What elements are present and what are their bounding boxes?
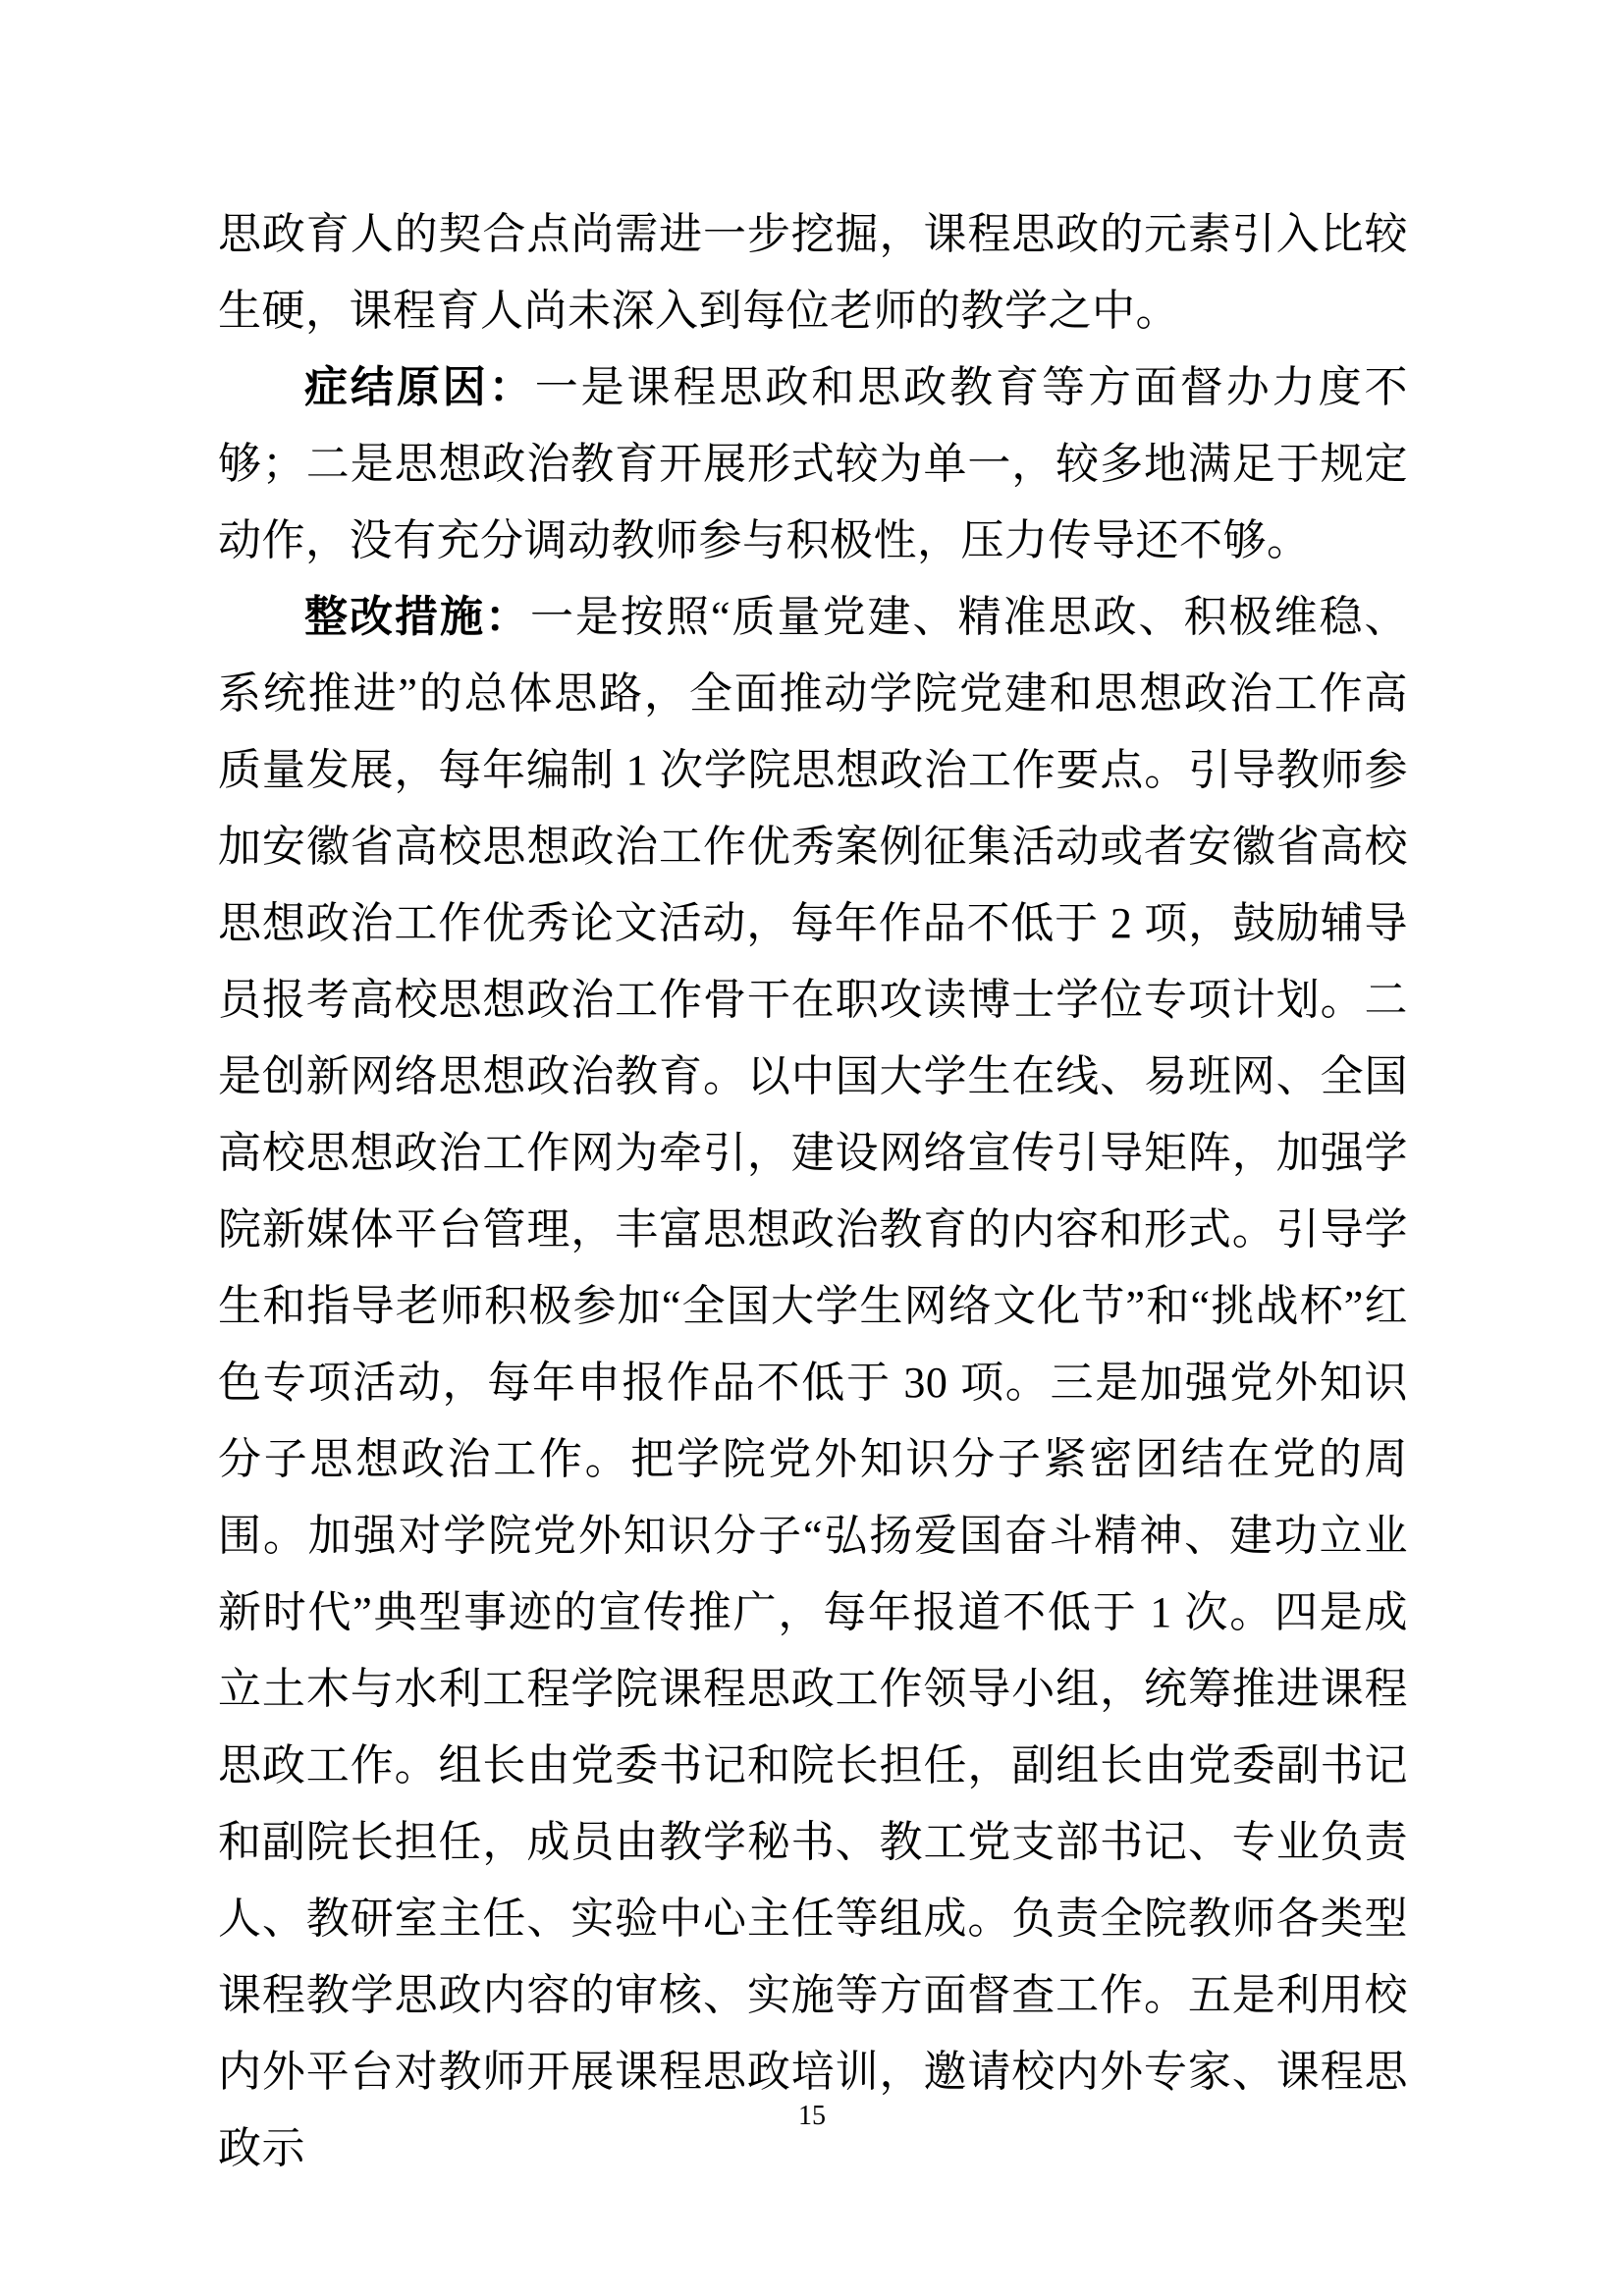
document-page: 思政育人的契合点尚需进一步挖掘，课程思政的元素引入比较生硬，课程育人尚未深入到每… <box>0 0 1624 2296</box>
paragraph-text: 思政育人的契合点尚需进一步挖掘，课程思政的元素引入比较生硬，课程育人尚未深入到每… <box>218 210 1408 335</box>
page-number: 15 <box>0 2101 1624 2132</box>
paragraph-continuation: 思政育人的契合点尚需进一步挖掘，课程思政的元素引入比较生硬，课程育人尚未深入到每… <box>218 196 1408 349</box>
page-body: 思政育人的契合点尚需进一步挖掘，课程思政的元素引入比较生硬，课程育人尚未深入到每… <box>218 196 1408 2187</box>
paragraph-lead: 症结原因： <box>304 363 535 411</box>
paragraph-lead: 整改措施： <box>304 593 530 641</box>
paragraph-rectification-measures: 整改措施：一是按照“质量党建、精准思政、积极维稳、系统推进”的总体思路，全面推动… <box>218 579 1408 2187</box>
paragraph-text: 一是按照“质量党建、精准思政、积极维稳、系统推进”的总体思路，全面推动学院党建和… <box>218 593 1408 2172</box>
paragraph-root-cause: 症结原因：一是课程思政和思政教育等方面督办力度不够；二是思想政治教育开展形式较为… <box>218 349 1408 579</box>
